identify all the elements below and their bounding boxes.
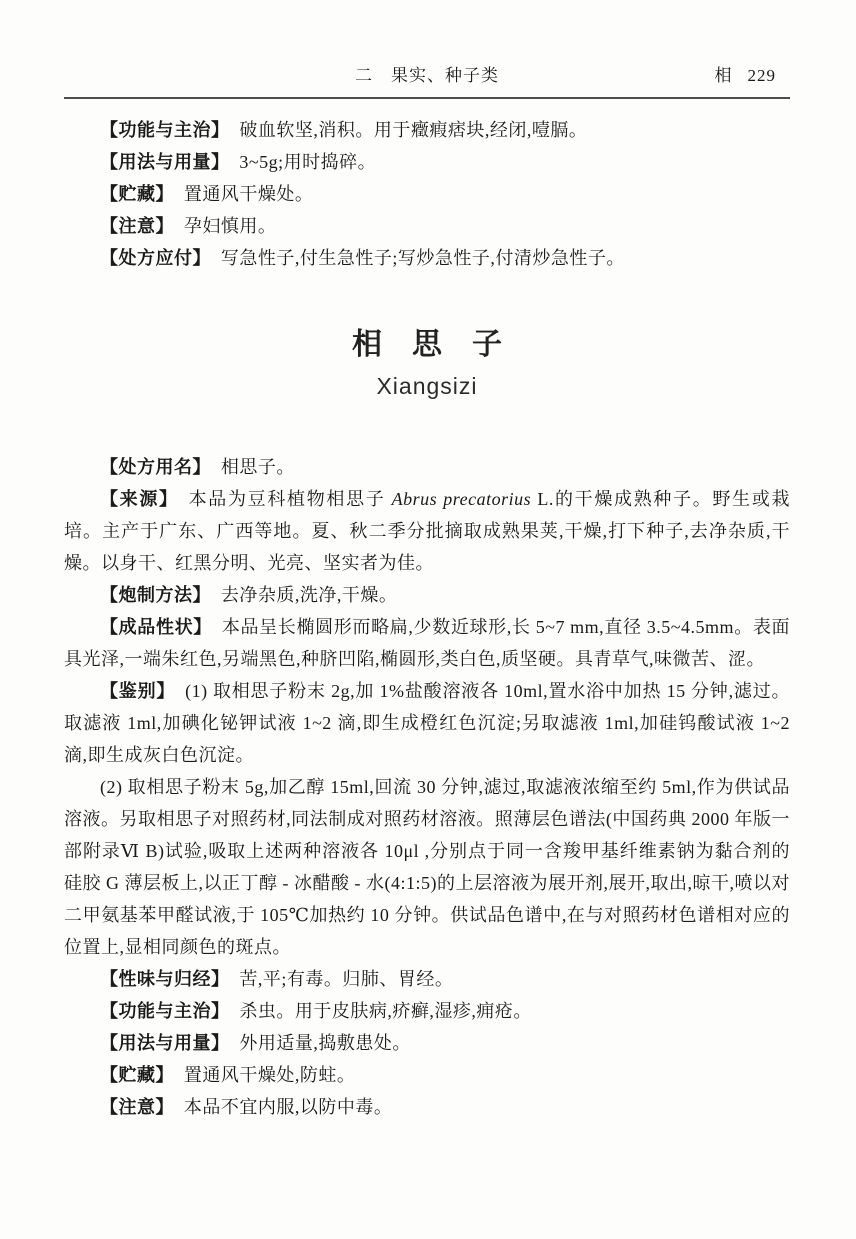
entry-text: 本品不宜内服,以防中毒。: [184, 1097, 393, 1117]
monograph-title: 相 思 子: [64, 326, 790, 364]
entry-label: 【成品性状】: [100, 617, 212, 637]
header-rule: [64, 97, 790, 99]
entry-text: 孕妇慎用。: [184, 216, 277, 236]
entry-paragraph: 【功能与主治】破血软坚,消积。用于癥瘕痞块,经闭,噎膈。: [64, 114, 790, 146]
entry-text: (2) 取相思子粉末 5g,加乙醇 15ml,回流 30 分钟,滤过,取滤液浓缩…: [64, 777, 790, 957]
entry-label: 【鉴别】: [100, 681, 175, 701]
running-head-char: 相: [715, 66, 734, 85]
entry-label: 【贮藏】: [100, 184, 174, 204]
entry-source: 【来源】本品为豆科植物相思子 Abrus precatorius L.的干燥成熟…: [64, 483, 790, 579]
entry-label: 【功能与主治】: [100, 1001, 230, 1021]
entry-product-characters: 【成品性状】本品呈长椭圆形而略扁,少数近球形,长 5~7 mm,直径 3.5~4…: [64, 611, 790, 675]
entry-text: 写急性子,付生急性子;写炒急性子,付清炒急性子。: [221, 248, 625, 268]
running-head: 相229: [715, 64, 777, 88]
entry-processing-method: 【炮制方法】去净杂质,洗净,干燥。: [64, 579, 790, 611]
monograph-title-block: 相 思 子 Xiangsizi: [64, 326, 790, 401]
monograph-pinyin: Xiangsizi: [64, 371, 790, 401]
entry-label: 【用法与用量】: [100, 1033, 230, 1053]
entry-usage-dosage: 【用法与用量】外用适量,捣敷患处。: [64, 1027, 790, 1059]
entry-text: 杀虫。用于皮肤病,疥癣,湿疹,痈疮。: [239, 1001, 532, 1021]
entry-label: 【贮藏】: [100, 1065, 174, 1085]
entry-text: 外用适量,捣敷患处。: [239, 1033, 411, 1053]
entry-label: 【处方用名】: [100, 457, 211, 477]
entry-paragraph: 【处方应付】写急性子,付生急性子;写炒急性子,付清炒急性子。: [64, 242, 790, 274]
entry-label: 【注意】: [100, 216, 174, 236]
entry-text: 苦,平;有毒。归肺、胃经。: [239, 969, 453, 989]
entry-paragraph: 【注意】孕妇慎用。: [64, 210, 790, 242]
entry-storage: 【贮藏】置通风干燥处,防蛀。: [64, 1059, 790, 1091]
entry-paragraph: 【用法与用量】3~5g;用时捣碎。: [64, 146, 790, 178]
entry-text: 去净杂质,洗净,干燥。: [221, 585, 398, 605]
latin-binomial: Abrus precatorius: [392, 489, 532, 509]
previous-monograph-sections: 【功能与主治】破血软坚,消积。用于癥瘕痞块,经闭,噎膈。 【用法与用量】3~5g…: [64, 114, 790, 274]
entry-text: 本品为豆科植物相思子: [189, 489, 392, 509]
monograph-sections: 【处方用名】相思子。 【来源】本品为豆科植物相思子 Abrus precator…: [64, 451, 790, 1123]
chapter-heading: 二 果实、种子类: [64, 64, 790, 88]
entry-label: 【处方应付】: [100, 248, 211, 268]
page-number: 229: [748, 66, 777, 85]
entry-functions-indications: 【功能与主治】杀虫。用于皮肤病,疥癣,湿疹,痈疮。: [64, 995, 790, 1027]
entry-property-meridian: 【性味与归经】苦,平;有毒。归肺、胃经。: [64, 963, 790, 995]
entry-prescription-name: 【处方用名】相思子。: [64, 451, 790, 483]
entry-label: 【用法与用量】: [100, 152, 230, 172]
entry-text: 置通风干燥处,防蛀。: [184, 1065, 356, 1085]
entry-label: 【注意】: [100, 1097, 174, 1117]
book-page: 二 果实、种子类 相229 【功能与主治】破血软坚,消积。用于癥瘕痞块,经闭,噎…: [0, 0, 856, 1239]
entry-caution: 【注意】本品不宜内服,以防中毒。: [64, 1091, 790, 1123]
page-header: 二 果实、种子类 相229: [64, 64, 790, 88]
entry-identification-2: (2) 取相思子粉末 5g,加乙醇 15ml,回流 30 分钟,滤过,取滤液浓缩…: [64, 771, 790, 963]
entry-identification-1: 【鉴别】(1) 取相思子粉末 2g,加 1%盐酸溶液各 10ml,置水浴中加热 …: [64, 675, 790, 771]
entry-text: 相思子。: [221, 457, 295, 477]
entry-text: 破血软坚,消积。用于癥瘕痞块,经闭,噎膈。: [239, 120, 587, 140]
entry-text: 置通风干燥处。: [184, 184, 314, 204]
entry-label: 【炮制方法】: [100, 585, 211, 605]
entry-label: 【来源】: [100, 489, 179, 509]
entry-label: 【功能与主治】: [100, 120, 230, 140]
entry-label: 【性味与归经】: [100, 969, 230, 989]
entry-paragraph: 【贮藏】置通风干燥处。: [64, 178, 790, 210]
entry-text: 3~5g;用时捣碎。: [239, 152, 376, 172]
